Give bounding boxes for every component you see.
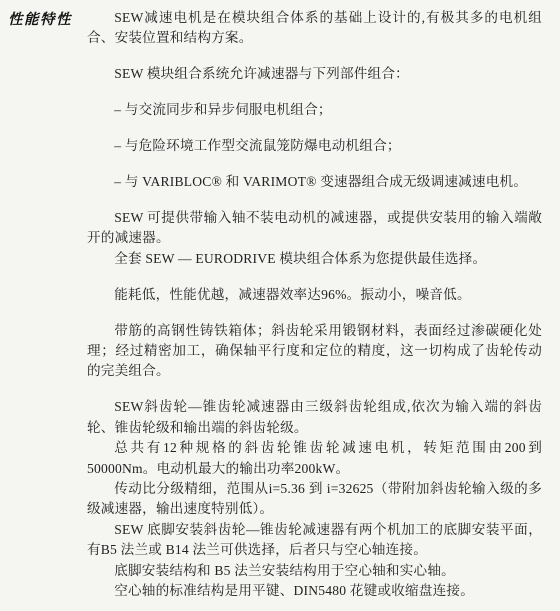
paragraph: 传动比分级精细，范围从i=5.36 到 i=32625（带附加斜齿轮输入级的多级… bbox=[87, 479, 542, 520]
paragraph: 底脚安装结构和 B5 法兰安装结构用于空心轴和实心轴。 bbox=[87, 561, 542, 581]
paragraph: SEW减速电机是在模块组合体系的基础上设计的,有极其多的电机组合、安装位置和结构… bbox=[87, 8, 542, 49]
body-column: SEW减速电机是在模块组合体系的基础上设计的,有极其多的电机组合、安装位置和结构… bbox=[87, 8, 542, 601]
paragraph: SEW 可提供带输入轴不装电动机的减速器，或提供安装用的输入端敞开的减速器。 bbox=[87, 208, 542, 249]
bullet-paragraph: – 与交流同步和异步伺服电机组合； bbox=[87, 100, 542, 120]
paragraph: 能耗低，性能优越，减速器效率达96%。振动小，噪音低。 bbox=[87, 285, 542, 305]
paragraph: 带筋的高钢性铸铁箱体；斜齿轮采用锻钢材料，表面经过渗碳硬化处理；经过精密加工，确… bbox=[87, 321, 542, 382]
document-page: 性能特性 SEW减速电机是在模块组合体系的基础上设计的,有极其多的电机组合、安装… bbox=[0, 0, 560, 611]
paragraph: 空心轴的标准结构是用平键、DIN5480 花键或收缩盘连接。 bbox=[87, 581, 542, 601]
section-heading: 性能特性 bbox=[8, 8, 72, 29]
paragraph: 全套 SEW — EURODRIVE 模块组合体系为您提供最佳选择。 bbox=[87, 249, 542, 269]
paragraph: SEW 模块组合系统允许减速器与下列部件组合： bbox=[87, 64, 542, 84]
paragraph: 总共有12种规格的斜齿轮锥齿轮减速电机，转矩范围由200到50000Nm。电动机… bbox=[87, 438, 542, 479]
paragraph: SEW斜齿轮—锥齿轮减速器由三级斜齿轮组成,依次为输入端的斜齿轮、锥齿轮级和输出… bbox=[87, 397, 542, 438]
paragraph: SEW 底脚安装斜齿轮—锥齿轮减速器有两个机加工的底脚安装平面，有B5 法兰或 … bbox=[87, 520, 542, 561]
bullet-paragraph: – 与危险环境工作型交流鼠笼防爆电动机组合； bbox=[87, 136, 542, 156]
bullet-paragraph: – 与 VARIBLOC® 和 VARIMOT® 变速器组合成无级调速减速电机。 bbox=[87, 172, 542, 192]
